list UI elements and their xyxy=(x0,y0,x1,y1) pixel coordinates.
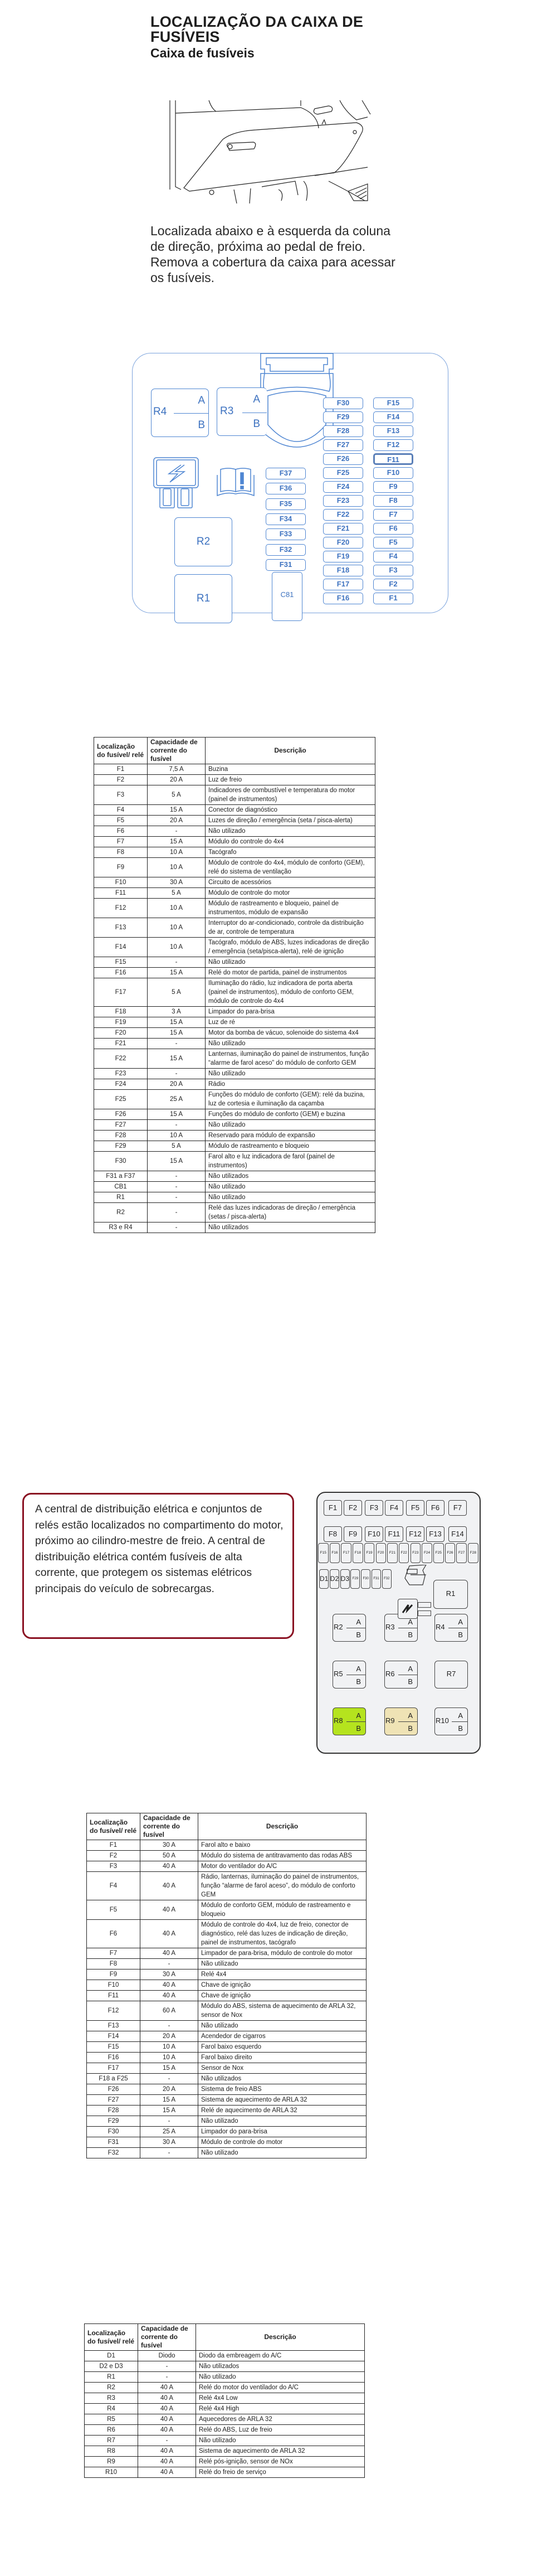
cell-capacity: 40 A xyxy=(140,1920,198,1948)
fuse-F14: F14 xyxy=(448,1526,467,1542)
cell-location: F4 xyxy=(94,805,148,816)
table-row: D1DiodoDiodo da embreagem do A/C xyxy=(85,2351,365,2361)
cell-location: F13 xyxy=(94,918,148,938)
cell-description: Não utilizados xyxy=(196,2361,365,2372)
table-row: F3025 ALimpador do para-brisa xyxy=(87,2127,367,2137)
cell-description: Luz de ré xyxy=(206,1017,375,1028)
cell-description: Módulo do controle do 4x4 xyxy=(206,837,375,847)
table-row: R540 AAquecedores de ARLA 32 xyxy=(85,2414,365,2425)
col-header-description: Descrição xyxy=(196,2324,365,2351)
cell-location: R9 xyxy=(85,2457,138,2467)
table-row: F2420 ARádio xyxy=(94,1079,375,1090)
cell-location: F12 xyxy=(94,899,148,918)
cell-location: R4 xyxy=(85,2404,138,2414)
cell-description: Farol alto e luz indicadora de farol (pa… xyxy=(206,1152,375,1171)
table-row: F1420 AAcendedor de cigarros xyxy=(87,2031,367,2042)
fuse-F2: F2 xyxy=(373,579,413,590)
fuse-F7: F7 xyxy=(448,1500,467,1516)
cell-description: Não utilizados xyxy=(206,1222,375,1233)
fuse-F4: F4 xyxy=(385,1500,403,1516)
cell-capacity: 15 A xyxy=(140,2063,198,2074)
cell-location: F31 a F37 xyxy=(94,1171,148,1182)
cell-capacity: 40 A xyxy=(140,1861,198,1872)
cell-capacity: - xyxy=(148,1203,206,1222)
fuse-F14: F14 xyxy=(373,411,413,423)
cell-description: Diodo da embreagem do A/C xyxy=(196,2351,365,2361)
relay-R8: R8AB xyxy=(333,1707,366,1735)
cell-capacity: 10 A xyxy=(148,847,206,858)
cell-description: Limpador do para-brisa xyxy=(198,2127,367,2137)
cell-description: Módulo de controle do motor xyxy=(198,2137,367,2148)
table-row: F1260 AMódulo do ABS, sistema de aquecim… xyxy=(87,2001,367,2021)
cell-location: F6 xyxy=(94,826,148,837)
cell-capacity: 30 A xyxy=(140,1969,198,1980)
cell-description: Não utilizado xyxy=(206,1182,375,1192)
fuse-F21: F21 xyxy=(387,1543,398,1563)
cell-description: Relé 4x4 Low xyxy=(196,2393,365,2404)
cell-capacity: - xyxy=(140,2021,198,2031)
cell-location: F29 xyxy=(87,2116,140,2127)
fuse-F8: F8 xyxy=(373,495,413,507)
fuse-F5: F5 xyxy=(373,537,413,549)
fuse-F2: F2 xyxy=(344,1500,362,1516)
cell-location: F19 xyxy=(94,1017,148,1028)
cell-location: F28 xyxy=(94,1131,148,1141)
fuse-F15: F15 xyxy=(373,397,413,409)
table-row: R240 ARelé do motor do ventilador do A/C xyxy=(85,2383,365,2393)
fuse-F9: F9 xyxy=(344,1526,362,1542)
cell-capacity: 10 A xyxy=(148,918,206,938)
table-row: F29-Não utilizado xyxy=(87,2116,367,2127)
cell-capacity: - xyxy=(140,2074,198,2084)
cell-location: F13 xyxy=(87,2021,140,2031)
cell-capacity: 15 A xyxy=(148,1028,206,1039)
fuse-F13: F13 xyxy=(373,425,413,437)
fuse-F16: F16 xyxy=(323,593,363,604)
circuit-breaker-C81: C81 xyxy=(272,572,302,621)
cell-description: Interruptor do ar-condicionado, controle… xyxy=(206,918,375,938)
fuse-F6: F6 xyxy=(426,1500,444,1516)
table-row: F415 AConector de diagnóstico xyxy=(94,805,375,816)
cell-capacity: 10 A xyxy=(140,2042,198,2053)
cell-description: Reservado para módulo de expansão xyxy=(206,1131,375,1141)
relay-lightning-icon xyxy=(153,457,199,508)
cell-description: Não utilizado xyxy=(206,1039,375,1049)
cell-description: Chave de ignição xyxy=(198,1991,367,2001)
fuse-F23: F23 xyxy=(411,1543,421,1563)
cabin-fuse-table: Localização do fusível/ relé Capacidade … xyxy=(94,737,375,1233)
cell-capacity: - xyxy=(148,957,206,968)
table-row: F1040 AChave de ignição xyxy=(87,1980,367,1991)
fuse-F6: F6 xyxy=(373,523,413,535)
relay-R3: R3 A B xyxy=(217,387,267,436)
fuse-D3: D3 xyxy=(340,1569,350,1589)
relay-R5: R5AB xyxy=(333,1661,366,1689)
cell-location: R10 xyxy=(85,2467,138,2478)
cell-capacity: 15 A xyxy=(148,837,206,847)
notice-text: A central de distribuição elétrica e con… xyxy=(35,1501,286,1597)
table-row: F2810 AReservado para módulo de expansão xyxy=(94,1131,375,1141)
cell-capacity: 40 A xyxy=(140,1980,198,1991)
cell-capacity: 3 A xyxy=(148,1007,206,1017)
relay-R10: R10AB xyxy=(434,1707,468,1735)
table-row: F2620 ASistema de freio ABS xyxy=(87,2084,367,2095)
col-header-description: Descrição xyxy=(206,738,375,764)
cell-capacity: - xyxy=(148,1222,206,1233)
table-row: F715 AMódulo do controle do 4x4 xyxy=(94,837,375,847)
cell-location: F27 xyxy=(87,2095,140,2106)
cell-location: F2 xyxy=(87,1851,140,1861)
cell-location: F31 xyxy=(87,2137,140,2148)
cell-location: F3 xyxy=(87,1861,140,1872)
fuse-F30: F30 xyxy=(323,397,363,409)
fuse-F26: F26 xyxy=(445,1543,456,1563)
cell-capacity: 40 A xyxy=(138,2404,196,2414)
relay-R4: R4 A B xyxy=(151,389,209,437)
cell-capacity: 60 A xyxy=(140,2001,198,2021)
engine-compartment-notice: A central de distribuição elétrica e con… xyxy=(22,1493,294,1639)
fuse-F26: F26 xyxy=(323,453,363,465)
table-row: F35 AIndicadores de combustível e temper… xyxy=(94,785,375,805)
engine-fuse-table: Localização do fusível/ relé Capacidade … xyxy=(86,1813,367,2158)
fuse-F21: F21 xyxy=(323,523,363,535)
cell-capacity: 40 A xyxy=(138,2457,196,2467)
table-row: F27-Não utilizado xyxy=(94,1120,375,1131)
cell-capacity: 10 A xyxy=(140,2053,198,2063)
cell-location: F23 xyxy=(94,1069,148,1079)
table-row: R940 ARelé pós-ignição, sensor de NOx xyxy=(85,2457,365,2467)
cell-description: Rádio xyxy=(206,1079,375,1090)
cell-location: F15 xyxy=(87,2042,140,2053)
fuse-F9: F9 xyxy=(373,481,413,493)
cell-location: F8 xyxy=(94,847,148,858)
cell-location: F18 xyxy=(94,1007,148,1017)
fuse-F17: F17 xyxy=(341,1543,351,1563)
table-row: F6-Não utilizado xyxy=(94,826,375,837)
cell-description: Módulo de rastreamento e bloqueio xyxy=(206,1141,375,1152)
fuse-F11: F11 xyxy=(385,1526,403,1542)
cell-description: Módulo do sistema de antitravamento das … xyxy=(198,1851,367,1861)
cell-description: Módulo de controle do 4x4, luz de freio,… xyxy=(198,1920,367,1948)
cell-location: F6 xyxy=(87,1920,140,1948)
cell-capacity: - xyxy=(148,1039,206,1049)
cell-description: Não utilizado xyxy=(196,2372,365,2383)
fuse-F1: F1 xyxy=(324,1500,342,1516)
table-row: F13-Não utilizado xyxy=(87,2021,367,2031)
table-row: F2015 AMotor da bomba de vácuo, solenoid… xyxy=(94,1028,375,1039)
fuse-F29: F29 xyxy=(323,411,363,423)
fuse-F19: F19 xyxy=(364,1543,375,1563)
relay-R2: R2 xyxy=(174,517,232,566)
manual-warning-icon xyxy=(216,465,255,497)
cell-capacity: 40 A xyxy=(138,2446,196,2457)
table-row: F1510 AFarol baixo esquerdo xyxy=(87,2042,367,2053)
cell-description: Iluminação do rádio, luz indicadora de p… xyxy=(206,978,375,1007)
cell-capacity: - xyxy=(148,1171,206,1182)
cell-description: Não utilizado xyxy=(198,2148,367,2158)
cell-location: R5 xyxy=(85,2414,138,2425)
col-header-location: Localização do fusível/ relé xyxy=(85,2324,138,2351)
table-row: F2215 ALanternas, iluminação do painel d… xyxy=(94,1049,375,1069)
cell-description: Relé 4x4 xyxy=(198,1969,367,1980)
cell-location: R1 xyxy=(85,2372,138,2383)
fuse-F25: F25 xyxy=(323,467,363,479)
table-row: R1-Não utilizado xyxy=(94,1192,375,1203)
cell-capacity: 40 A xyxy=(138,2393,196,2404)
cell-description: Não utilizados xyxy=(206,1171,375,1182)
cell-capacity: 10 A xyxy=(148,1131,206,1141)
cell-capacity: 5 A xyxy=(148,888,206,899)
cell-location: F26 xyxy=(87,2084,140,2095)
cell-description: Relé do motor de partida, painel de inst… xyxy=(206,968,375,978)
fuse-F12: F12 xyxy=(373,439,413,451)
table-row: F17,5 ABuzina xyxy=(94,764,375,775)
cell-description: Tacógrafo xyxy=(206,847,375,858)
table-row: CB1-Não utilizado xyxy=(94,1182,375,1192)
relay-R7: R7 xyxy=(434,1661,468,1689)
cell-description: Não utilizado xyxy=(206,957,375,968)
cell-description: Farol baixo direito xyxy=(198,2053,367,2063)
connector-icon xyxy=(404,1565,427,1586)
fuse-F22: F22 xyxy=(323,509,363,521)
fuse-D1: D1 xyxy=(319,1569,329,1589)
cell-capacity: 7,5 A xyxy=(148,764,206,775)
table-row: R340 ARelé 4x4 Low xyxy=(85,2393,365,2404)
fuse-F11: F11 xyxy=(373,453,413,465)
cell-capacity: 15 A xyxy=(140,2106,198,2116)
cell-description: Rádio, lanternas, iluminação do painel d… xyxy=(198,1872,367,1900)
table-row: F1715 ASensor de Nox xyxy=(87,2063,367,2074)
cell-description: Farol alto e baixo xyxy=(198,1840,367,1851)
cell-location: F10 xyxy=(94,877,148,888)
cell-location: R3 e R4 xyxy=(94,1222,148,1233)
cell-location: F5 xyxy=(94,816,148,826)
cell-description: Funções do módulo de conforto (GEM) e bu… xyxy=(206,1109,375,1120)
col-header-capacity: Capacidade de corrente do fusível xyxy=(140,1813,198,1840)
cell-capacity: 50 A xyxy=(140,1851,198,1861)
section-subtitle: Caixa de fusíveis xyxy=(150,46,255,61)
table-row: R3 e R4-Não utilizados xyxy=(94,1222,375,1233)
cell-capacity: 15 A xyxy=(148,968,206,978)
cell-capacity: Diodo xyxy=(138,2351,196,2361)
cell-description: Não utilizado xyxy=(206,826,375,837)
cell-location: F14 xyxy=(94,938,148,957)
page-title: LOCALIZAÇÃO DA CAIXA DE FUSÍVEIS xyxy=(150,14,407,45)
cell-location: F15 xyxy=(94,957,148,968)
fuse-F10: F10 xyxy=(373,467,413,479)
cell-location: F16 xyxy=(87,2053,140,2063)
cell-description: Não utilizado xyxy=(198,1959,367,1969)
cell-description: Indicadores de combustível e temperatura… xyxy=(206,785,375,805)
cell-capacity: 20 A xyxy=(148,816,206,826)
cell-description: Não utilizado xyxy=(198,2021,367,2031)
fuse-F31: F31 xyxy=(372,1569,381,1589)
col-header-capacity: Capacidade de corrente do fusível xyxy=(138,2324,196,2351)
cell-location: D1 xyxy=(85,2351,138,2361)
cell-description: Não utilizado xyxy=(206,1069,375,1079)
cell-capacity: 40 A xyxy=(138,2467,196,2478)
engine-relay-table: Localização do fusível/ relé Capacidade … xyxy=(84,2323,365,2478)
col-header-capacity: Capacidade de corrente do fusível xyxy=(148,738,206,764)
table-row: R440 ARelé 4x4 High xyxy=(85,2404,365,2414)
fuse-F13: F13 xyxy=(426,1526,444,1542)
cell-capacity: 40 A xyxy=(140,1991,198,2001)
cell-description: Funções do módulo de conforto (GEM): rel… xyxy=(206,1090,375,1109)
cell-capacity: - xyxy=(140,2116,198,2127)
table-row: F175 AIluminação do rádio, luz indicador… xyxy=(94,978,375,1007)
cell-location: F21 xyxy=(94,1039,148,1049)
cell-capacity: - xyxy=(138,2361,196,2372)
cell-capacity: 30 A xyxy=(148,877,206,888)
table-row: F740 ALimpador de para-brisa, módulo de … xyxy=(87,1948,367,1959)
cell-description: Limpador do para-brisa xyxy=(206,1007,375,1017)
fuse-F29: F29 xyxy=(350,1569,360,1589)
relay-R6: R6AB xyxy=(384,1661,418,1689)
cell-location: F17 xyxy=(94,978,148,1007)
cell-description: Relé 4x4 High xyxy=(196,2404,365,2414)
relay-R4: R4AB xyxy=(434,1614,468,1642)
cell-capacity: 40 A xyxy=(140,1872,198,1900)
cell-capacity: - xyxy=(148,1069,206,1079)
cell-description: Buzina xyxy=(206,764,375,775)
table-row: F130 AFarol alto e baixo xyxy=(87,1840,367,1851)
cell-location: R2 xyxy=(85,2383,138,2393)
cell-location: R3 xyxy=(85,2393,138,2404)
table-row: F810 ATacógrafo xyxy=(94,847,375,858)
cell-capacity: 20 A xyxy=(140,2084,198,2095)
cell-location: F3 xyxy=(94,785,148,805)
cell-location: R6 xyxy=(85,2425,138,2436)
fuse-F20: F20 xyxy=(323,537,363,549)
table-row: F115 AMódulo de controle do motor xyxy=(94,888,375,899)
cell-location: F12 xyxy=(87,2001,140,2021)
cell-capacity: - xyxy=(140,2148,198,2158)
cell-capacity: 10 A xyxy=(148,899,206,918)
cell-location: D2 e D3 xyxy=(85,2361,138,2372)
cell-location: F22 xyxy=(94,1049,148,1069)
cell-location: F10 xyxy=(87,1980,140,1991)
table-row: F1615 ARelé do motor de partida, painel … xyxy=(94,968,375,978)
cell-location: F14 xyxy=(87,2031,140,2042)
cell-location: F9 xyxy=(94,858,148,877)
cell-description: Módulo de rastreamento e bloqueio, paine… xyxy=(206,899,375,918)
cell-capacity: - xyxy=(148,1192,206,1203)
cell-location: CB1 xyxy=(94,1182,148,1192)
cell-description: Relé do freio de serviço xyxy=(196,2467,365,2478)
table-row: F910 AMódulo de controle do 4x4, módulo … xyxy=(94,858,375,877)
cell-location: F27 xyxy=(94,1120,148,1131)
fuse-D2: D2 xyxy=(330,1569,339,1589)
table-row: R640 ARelé do ABS, Luz de freio xyxy=(85,2425,365,2436)
cell-description: Sistema de freio ABS xyxy=(198,2084,367,2095)
cell-capacity: 20 A xyxy=(148,1079,206,1090)
cell-description: Não utilizado xyxy=(206,1120,375,1131)
fuse-F27: F27 xyxy=(456,1543,467,1563)
fuse-F35: F35 xyxy=(266,498,306,510)
cell-description: Lanternas, iluminação do painel de instr… xyxy=(206,1049,375,1069)
cell-capacity: 40 A xyxy=(138,2383,196,2393)
table-row: F3130 AMódulo de controle do motor xyxy=(87,2137,367,2148)
cell-capacity: - xyxy=(148,1120,206,1131)
fuse-F15: F15 xyxy=(318,1543,329,1563)
table-row: F2815 ARelé de aquecimento de ARLA 32 xyxy=(87,2106,367,2116)
cell-capacity: 10 A xyxy=(148,938,206,957)
cell-description: Conector de diagnóstico xyxy=(206,805,375,816)
cell-location: F20 xyxy=(94,1028,148,1039)
col-header-location: Localização do fusível/ relé xyxy=(94,738,148,764)
cell-location: F9 xyxy=(87,1969,140,1980)
cell-description: Limpador de para-brisa, módulo de contro… xyxy=(198,1948,367,1959)
col-header-location: Localização do fusível/ relé xyxy=(87,1813,140,1840)
fuse-F32: F32 xyxy=(266,544,306,556)
cell-description: Relé pós-ignição, sensor de NOx xyxy=(196,2457,365,2467)
engine-fuse-box-diagram: F1F2F3F4F5F6F7F8F9F10F11F12F13F14F15F16F… xyxy=(316,1492,481,1754)
cell-location: R7 xyxy=(85,2436,138,2446)
table-row: F183 ALimpador do para-brisa xyxy=(94,1007,375,1017)
cell-description: Acendedor de cigarros xyxy=(198,2031,367,2042)
cell-location: F11 xyxy=(87,1991,140,2001)
cell-location: F4 xyxy=(87,1872,140,1900)
table-row: F32-Não utilizado xyxy=(87,2148,367,2158)
table-row: F640 AMódulo de controle do 4x4, luz de … xyxy=(87,1920,367,1948)
fuse-F3: F3 xyxy=(373,565,413,576)
cell-capacity: 5 A xyxy=(148,785,206,805)
fuse-F20: F20 xyxy=(376,1543,387,1563)
cell-description: Motor do ventilador do A/C xyxy=(198,1861,367,1872)
cell-capacity: 40 A xyxy=(138,2414,196,2425)
relay-lightning-icon xyxy=(398,1599,418,1619)
cell-capacity: 15 A xyxy=(140,2095,198,2106)
cell-description: Não utilizado xyxy=(196,2436,365,2446)
table-row: R1040 ARelé do freio de serviço xyxy=(85,2467,365,2478)
cell-description: Farol baixo esquerdo xyxy=(198,2042,367,2053)
table-row: F31 a F37-Não utilizados xyxy=(94,1171,375,1182)
fuse-F18: F18 xyxy=(353,1543,363,1563)
fuse-F32: F32 xyxy=(382,1569,392,1589)
table-row: F520 ALuzes de direção / emergência (set… xyxy=(94,816,375,826)
relay-R9: R9AB xyxy=(384,1707,418,1735)
cell-capacity: 15 A xyxy=(148,1109,206,1120)
fuse-F1: F1 xyxy=(373,593,413,604)
cell-capacity: 15 A xyxy=(148,1152,206,1171)
fuse-F23: F23 xyxy=(323,495,363,507)
fuse-F27: F27 xyxy=(323,439,363,451)
table-row: F2715 ASistema de aquecimento de ARLA 32 xyxy=(87,2095,367,2106)
table-row: R1-Não utilizado xyxy=(85,2372,365,2383)
table-row: F8-Não utilizado xyxy=(87,1959,367,1969)
cell-location: R8 xyxy=(85,2446,138,2457)
cell-description: Chave de ignição xyxy=(198,1980,367,1991)
table-row: F295 AMódulo de rastreamento e bloqueio xyxy=(94,1141,375,1152)
fuse-F12: F12 xyxy=(406,1526,424,1542)
fuse-F33: F33 xyxy=(266,528,306,540)
cell-capacity: 40 A xyxy=(138,2425,196,2436)
cell-description: Relé das luzes indicadoras de direção / … xyxy=(206,1203,375,1222)
cell-description: Motor da bomba de vácuo, solenoide do si… xyxy=(206,1028,375,1039)
cell-capacity: 40 A xyxy=(140,1900,198,1920)
table-row: F21-Não utilizado xyxy=(94,1039,375,1049)
location-description: Localizada abaixo e à esquerda da coluna… xyxy=(150,223,407,285)
table-row: F1410 ATacógrafo, módulo de ABS, luzes i… xyxy=(94,938,375,957)
cell-location: F18 a F25 xyxy=(87,2074,140,2084)
cell-location: F7 xyxy=(94,837,148,847)
fuse-F5: F5 xyxy=(406,1500,424,1516)
table-row: F250 AMódulo do sistema de antitravament… xyxy=(87,1851,367,1861)
cell-description: Luz de freio xyxy=(206,775,375,785)
cell-capacity: 40 A xyxy=(140,1948,198,1959)
cell-capacity: - xyxy=(148,1182,206,1192)
fuse-F4: F4 xyxy=(373,551,413,562)
